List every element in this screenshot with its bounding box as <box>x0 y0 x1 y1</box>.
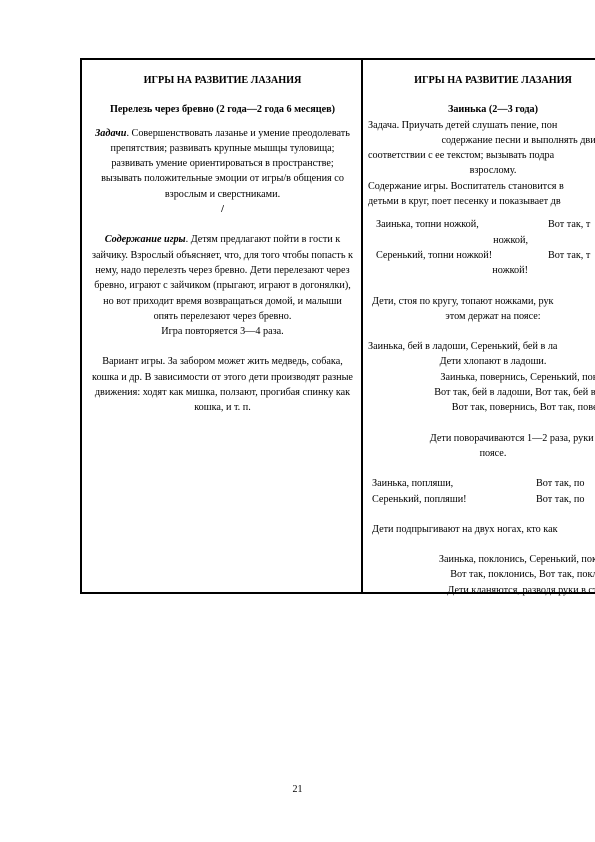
right-content: Содержание игры. Воспитатель становится … <box>368 179 595 210</box>
verse-4: Заинька, поклонись, Серенький, поклони В… <box>368 552 595 598</box>
right-heading: ИГРЫ НА РАЗВИТИЕ ЛАЗАНИЯ <box>368 73 595 88</box>
left-content: Содержание игры. Детям предлагают пойти … <box>90 232 355 324</box>
instruction-2: Дети поворачиваются 1—2 раза, руки держ … <box>368 431 595 462</box>
verse-3: Заинька, попляши,Вот так, по Серенький, … <box>368 476 595 507</box>
games-table: ИГРЫ НА РАЗВИТИЕ ЛАЗАНИЯ Перелезь через … <box>80 58 595 594</box>
task-label: Задачи <box>95 128 126 139</box>
right-task: Задача. Приучать детей слушать пение, по… <box>368 118 595 179</box>
variant-text: Вариант игры. За забором может жить медв… <box>90 354 355 415</box>
left-game-title: Перелезь через бревно (2 года—2 года 6 м… <box>90 102 355 117</box>
left-task: Задачи. Совершенствовать лазанье и умени… <box>90 126 355 202</box>
page-number: 21 <box>0 782 595 797</box>
task-text: . Совершенствовать лазанье и умение прео… <box>101 128 350 200</box>
verse-1: Заинька, топни ножкой,Вот так, т ножкой,… <box>368 217 595 278</box>
verse-2: Заинька, бей в ладоши, Серенький, бей в … <box>368 339 595 415</box>
instruction-1: Дети, стоя по кругу, топают ножками, рук… <box>368 294 595 325</box>
slash-mark: / <box>90 202 355 217</box>
instruction-3: Дети подпрыгивают на двух ногах, кто как <box>368 522 595 537</box>
right-column: ИГРЫ НА РАЗВИТИЕ ЛАЗАНИЯ Заинька (2—3 го… <box>368 60 595 598</box>
column-divider <box>361 60 363 592</box>
content-text: . Детям предлагают пойти в гости к зайчи… <box>92 234 353 321</box>
right-game-title: Заинька (2—3 года) <box>368 102 595 117</box>
repeat-text: Игра повторяется 3—4 раза. <box>90 324 355 339</box>
left-heading: ИГРЫ НА РАЗВИТИЕ ЛАЗАНИЯ <box>90 73 355 88</box>
left-column: ИГРЫ НА РАЗВИТИЕ ЛАЗАНИЯ Перелезь через … <box>90 60 355 416</box>
content-label: Содержание игры <box>105 234 186 245</box>
